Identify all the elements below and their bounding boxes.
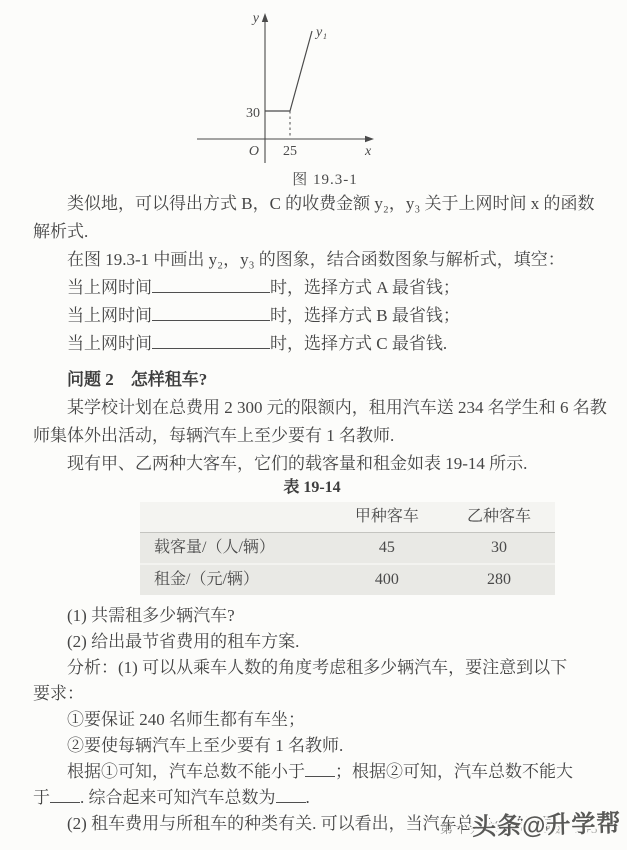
rising-ray: [290, 31, 312, 111]
problem-2-title: 问题 2 怎样租车?: [33, 366, 591, 394]
paragraph-line: 师集体外出活动，每辆汽车上至少要有 1 名教师.: [33, 422, 591, 450]
answer-blank: [305, 776, 335, 777]
fill-suffix: 时，选择方式 A 最省钱；: [270, 278, 460, 297]
answer-blank: [152, 320, 270, 321]
table-row: 载客量/（人/辆） 45 30: [140, 533, 555, 565]
header-empty-cell: [140, 502, 331, 533]
tick-25: 25: [283, 144, 297, 159]
x-axis-arrow-icon: [365, 136, 374, 142]
answer-blank: [276, 802, 306, 803]
fill-suffix: 时，选择方式 C 最省钱.: [270, 334, 447, 353]
tick-30: 30: [246, 106, 260, 121]
y-axis-label: y: [251, 11, 260, 26]
deduce-text: ；根据②可知，汽车总数不能大: [335, 762, 573, 781]
header-bus-b: 乙种客车: [443, 502, 555, 533]
requirement-2: ②要使每辆汽车上至少要有 1 名教师.: [33, 733, 591, 759]
x-axis-label: x: [364, 144, 372, 159]
deduce-text: 根据①可知，汽车总数不能小于: [67, 762, 305, 781]
table-header-row: 甲种客车 乙种客车: [140, 502, 555, 533]
answer-blank: [152, 348, 270, 349]
question-2: (2) 给出最节省费用的租车方案.: [33, 629, 591, 655]
requirement-1: ①要保证 240 名师生都有车坐；: [33, 707, 591, 733]
analysis-line: 要求：: [33, 681, 591, 707]
answer-blank: [50, 802, 80, 803]
function-graph: y x O 30 25 y₁: [175, 8, 475, 168]
table-row: 租金/（元/辆） 400 280: [140, 564, 555, 595]
fill-line-a: 当上网时间时，选择方式 A 最省钱；: [33, 274, 591, 302]
deduce-text: .: [306, 788, 310, 807]
deduce-line-1: 根据①可知，汽车总数不能小于；根据②可知，汽车总数不能大: [33, 759, 591, 785]
bus-rent-table: 甲种客车 乙种客车 载客量/（人/辆） 45 30 租金/（元/辆） 400 2…: [140, 502, 555, 595]
paragraph-line: 在图 19.3-1 中画出 y₂，y₃ 的图象，结合函数图象与解析式，填空：: [33, 246, 591, 274]
y-axis-arrow-icon: [262, 13, 268, 22]
fill-prefix: 当上网时间: [67, 306, 152, 325]
capacity-bus-b: 30: [443, 533, 555, 565]
deduce-text: 于: [33, 788, 50, 807]
textbook-page: y x O 30 25 y₁ 图 19.3-1 类似地，可以得出方式 B，C 的…: [0, 0, 627, 850]
row-label-capacity: 载客量/（人/辆）: [140, 533, 331, 565]
rent-bus-b: 280: [443, 564, 555, 595]
paragraph-line: 某学校计划在总费用 2 300 元的限额内，租用汽车送 234 名学生和 6 名…: [33, 394, 591, 422]
fill-prefix: 当上网时间: [67, 278, 152, 297]
origin-label: O: [249, 144, 259, 159]
header-bus-a: 甲种客车: [331, 502, 443, 533]
table-caption: 表 19-14: [33, 478, 591, 498]
analysis-section: (1) 共需租多少辆汽车? (2) 给出最节省费用的租车方案. 分析：(1) 可…: [33, 603, 591, 837]
fill-line-c: 当上网时间时，选择方式 C 最省钱.: [33, 330, 591, 358]
fill-suffix: 时，选择方式 B 最省钱；: [270, 306, 460, 325]
fill-line-b: 当上网时间时，选择方式 B 最省钱；: [33, 302, 591, 330]
fill-prefix: 当上网时间: [67, 334, 152, 353]
question-1: (1) 共需租多少辆汽车?: [33, 603, 591, 629]
answer-blank: [152, 292, 270, 293]
figure-19-3-1: y x O 30 25 y₁ 图 19.3-1: [175, 0, 475, 190]
deduce-text: . 综合起来可知汽车总数为: [80, 788, 276, 807]
figure-caption: 图 19.3-1: [175, 170, 475, 190]
analysis-line: 分析：(1) 可以从乘车人数的角度考虑租多少辆汽车，要注意到以下: [33, 655, 591, 681]
row-label-rent: 租金/（元/辆）: [140, 564, 331, 595]
series-y1-label: y₁: [314, 25, 327, 40]
paragraph-line: 类似地，可以得出方式 B，C 的收费金额 y₂，y₃ 关于上网时间 x 的函数: [33, 190, 591, 218]
paragraph-line: 解析式.: [33, 218, 591, 246]
paragraph-line: 现有甲、乙两种大客车，它们的载客量和租金如表 19-14 所示.: [33, 450, 591, 478]
watermark: 头条@升学帮: [472, 803, 622, 842]
capacity-bus-a: 45: [331, 533, 443, 565]
page-content: 类似地，可以得出方式 B，C 的收费金额 y₂，y₃ 关于上网时间 x 的函数 …: [0, 190, 627, 837]
rent-bus-a: 400: [331, 564, 443, 595]
